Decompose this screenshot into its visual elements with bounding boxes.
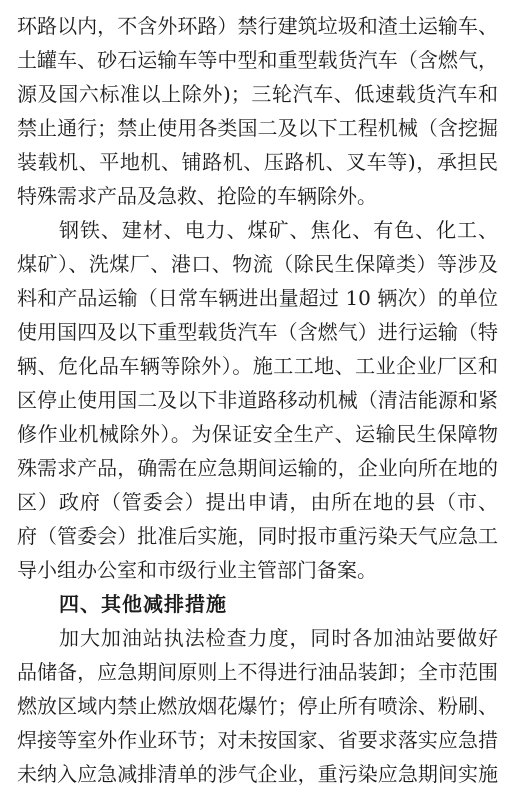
text-line: 特殊需求产品及急救、抢险的车辆除外。 — [17, 179, 498, 213]
text-line: 煤矿）、洗煤厂、港口、物流（除民生保障类）等涉及大宗原 — [17, 247, 498, 281]
text-line: 钢铁、建材、电力、煤矿、焦化、有色、化工、矿山（含 — [17, 213, 498, 247]
text-line: 殊需求产品，确需在应急期间运输的，企业向所在地的县（市、 — [17, 451, 498, 485]
text-line: 料和产品运输（日常车辆进出量超过 10 辆次）的单位应停止 — [17, 281, 498, 315]
text-line: 修作业机械除外）。为保证安全生产、运输民生保障物资或特 — [17, 417, 498, 451]
text-line: 区）政府（管委会）提出申请，由所在地的县（市、区）政 — [17, 485, 498, 519]
text-line: 区停止使用国二及以下非道路移动机械（清洁能源和紧急检 — [17, 383, 498, 417]
text-line: 品储备，应急期间原则上不得进行油品装卸；全市范围限制 — [17, 655, 498, 689]
text-line: 禁止通行；禁止使用各类国二及以下工程机械（含挖掘机、 — [17, 111, 498, 145]
section-heading: 四、其他减排措施 — [17, 587, 498, 621]
text-line: 源及国六标准以上除外)；三轮汽车、低速载货汽车和拖拉机 — [17, 77, 498, 111]
text-line: 未纳入应急减排清单的涉气企业，重污染应急期间实施停产。 — [17, 757, 498, 781]
text-line: 使用国四及以下重型载货汽车（含燃气）进行运输（特种车 — [17, 315, 498, 349]
text-line: 环路以内，不含外环路）禁行建筑垃圾和渣土运输车、混凝 — [17, 9, 498, 43]
text-line: 燃放区域内禁止燃放烟花爆竹；停止所有喷涂、粉刷、切割、 — [17, 689, 498, 723]
text-line: 辆、危化品车辆等除外）。施工工地、工业企业厂区和工业园 — [17, 349, 498, 383]
text-line: 土罐车、砂石运输车等中型和重型载货汽车（含燃气，新能 — [17, 43, 498, 77]
text-line: 焊接等室外作业环节；对未按国家、省要求落实应急措施和 — [17, 723, 498, 757]
text-line: 加大加油站执法检查力度，同时各加油站要做好日常油 — [17, 621, 498, 655]
document-page: 环路以内，不含外环路）禁行建筑垃圾和渣土运输车、混凝 土罐车、砂石运输车等中型和… — [0, 0, 514, 781]
text-line: 装载机、平地机、铺路机、压路机、叉车等)，承担民生保障、 — [17, 145, 498, 179]
text-line: 府（管委会）批准后实施，同时报市重污染天气应急工作领 — [17, 519, 498, 553]
text-line: 导小组办公室和市级行业主管部门备案。 — [17, 553, 498, 587]
